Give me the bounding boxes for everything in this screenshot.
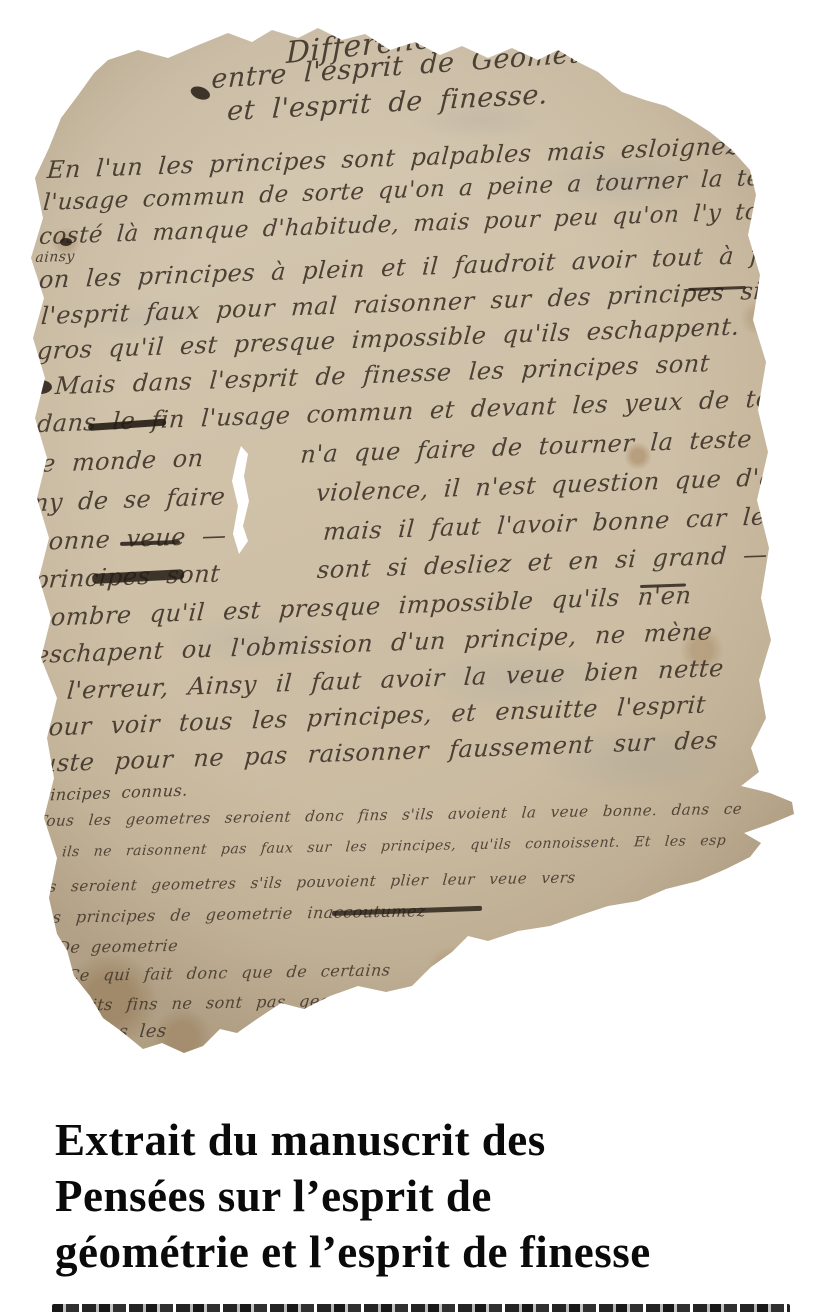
caption-line: Pensées sur l’esprit de [55,1168,795,1224]
caption: Extrait du manuscrit des Pensées sur l’e… [55,1112,795,1280]
manuscript-line: Tous les geometres seroient donc fins s'… [36,800,743,830]
ink-blot [60,238,72,246]
manuscript-line: ainsy [35,249,76,266]
cropped-bottom-text-edge [52,1304,790,1312]
manuscript-line: Tous les [83,1021,167,1043]
manuscript-text-layer: Differenceentre l'esprit de Geometrieet … [0,0,816,1080]
manuscript-line: fins seroient geometres s'ils pouvoient … [26,868,576,896]
caption-line: Extrait du manuscrit des [55,1112,795,1168]
manuscript-line: principes connus. [31,781,189,806]
ink-blot [28,380,52,394]
caption-line: géométrie et l’esprit de finesse [55,1224,795,1280]
manuscript-line: esprits fins ne sont pas geometres [53,990,390,1015]
manuscript-line: cas ils ne raisonnent pas faux sur les p… [23,833,727,861]
manuscript-paper: Differenceentre l'esprit de Geometrieet … [0,0,816,1080]
manuscript-line: De geometrie [56,936,179,957]
manuscript-line: Ce qui fait donc que de certains [66,960,391,985]
scanned-manuscript-page: Differenceentre l'esprit de Geometrieet … [0,0,816,1312]
